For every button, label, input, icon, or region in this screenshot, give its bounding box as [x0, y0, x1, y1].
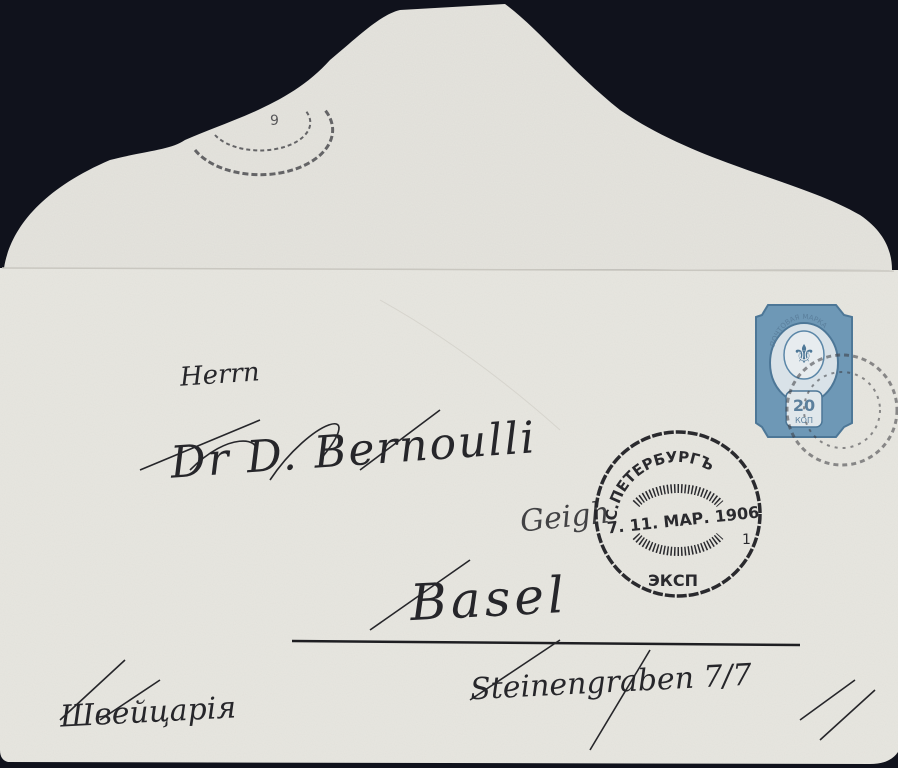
svg-text:КОП: КОП [795, 416, 813, 425]
svg-text:20: 20 [793, 396, 815, 415]
svg-text:1: 1 [742, 532, 751, 548]
address-herrn: Herrn [179, 357, 261, 392]
svg-text:9: 9 [270, 113, 279, 129]
svg-text:ЭКСП: ЭКСП [648, 571, 698, 590]
envelope-illustration: 9 ⚜ 20 КОП ПОЧТОВАЯ МАРКА С.ПЕТЕРБУРГЪ [0, 0, 898, 768]
envelope-photo: 9 ⚜ 20 КОП ПОЧТОВАЯ МАРКА С.ПЕТЕРБУРГЪ [0, 0, 898, 768]
address-city: Basel [409, 566, 570, 632]
envelope-flap [4, 4, 892, 270]
